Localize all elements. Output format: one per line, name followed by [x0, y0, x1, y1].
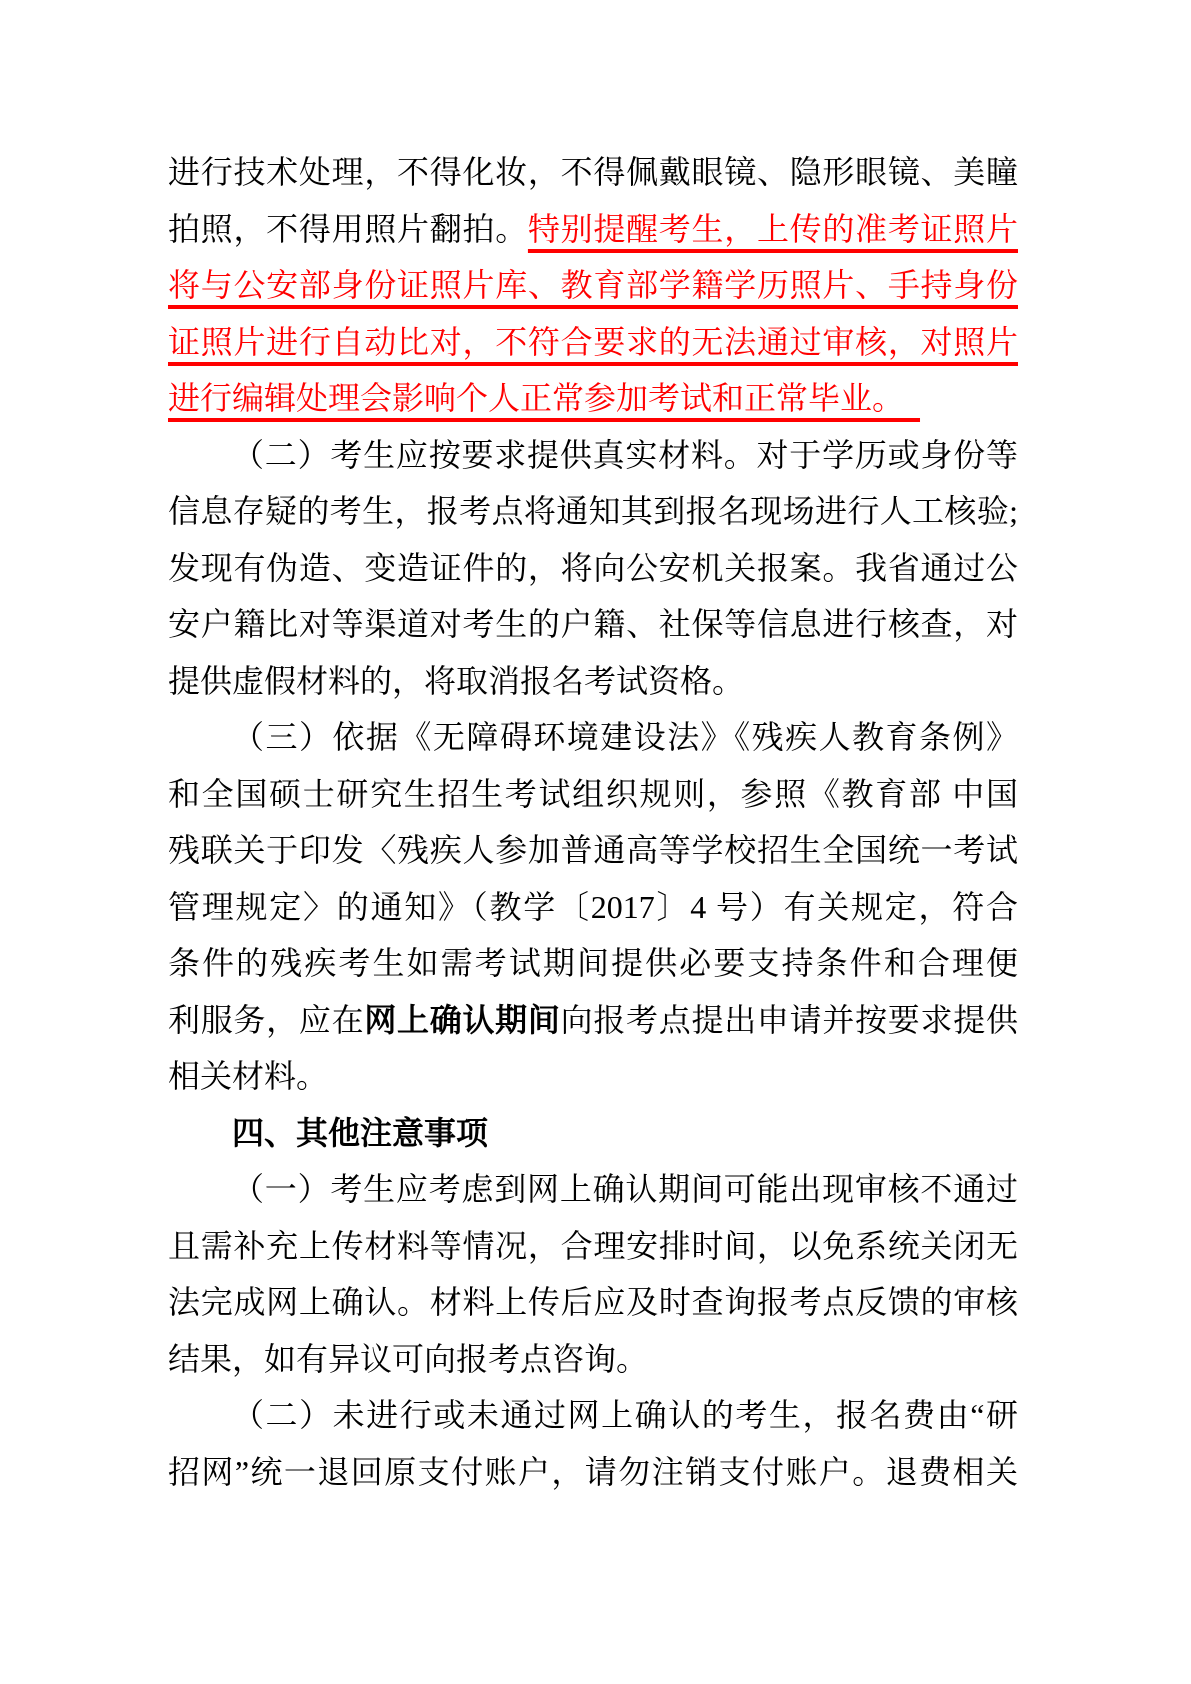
para-2-line1-seg-normal: （二）考生应按要求提供真实材料。对于学历或身份等 — [232, 437, 1018, 473]
para-4-1-line1-seg-normal: （一）考生应考虑到网上确认期间可能出现审核不通过 — [232, 1171, 1018, 1207]
para-3-line6-seg-normal: 向报考点提出申请并按要求提供 — [561, 1002, 1018, 1038]
section-heading-4: 四、其他注意事项 — [168, 1105, 1018, 1162]
para-2-line3-seg-normal: 发现有伪造、变造证件的，将向公安机关报案。我省通过公 — [168, 550, 1018, 586]
para-3-line7: 相关材料。 — [168, 1048, 1018, 1105]
red-warning-line2-seg-red: 将与公安部身份证照片库、教育部学籍学历照片、手持身份 — [168, 267, 1018, 303]
para-3-line6-seg-bold: 网上确认期间 — [364, 1002, 560, 1038]
para-3-line2-seg-normal: 和全国硕士研究生招生考试组织规则，参照《教育部 中国 — [168, 776, 1018, 812]
para-4-1-line2: 且需补充上传材料等情况，合理安排时间，以免系统关闭无 — [168, 1218, 1018, 1275]
para-3-line1-seg-normal: （三）依据《无障碍环境建设法》《残疾人教育条例》 — [232, 719, 1018, 755]
para-4-1-line3: 法完成网上确认。材料上传后应及时查询报考点反馈的审核 — [168, 1274, 1018, 1331]
para-2-line1: （二）考生应按要求提供真实材料。对于学历或身份等 — [168, 427, 1018, 484]
para-3-line2: 和全国硕士研究生招生考试组织规则，参照《教育部 中国 — [168, 766, 1018, 823]
para-4-1-line4-seg-normal: 结果，如有异议可向报考点咨询。 — [168, 1341, 648, 1377]
para-photo-rules-cont-line1: 进行技术处理，不得化妆，不得佩戴眼镜、隐形眼镜、美瞳 — [168, 144, 1018, 201]
para-2-line4: 安户籍比对等渠道对考生的户籍、社保等信息进行核查，对 — [168, 596, 1018, 653]
para-2-line2-seg-normal: 信息存疑的考生，报考点将通知其到报名现场进行人工核验; — [168, 493, 1018, 529]
para-photo-rules-cont-line1-seg-normal: 进行技术处理，不得化妆，不得佩戴眼镜、隐形眼镜、美瞳 — [168, 154, 1018, 190]
para-2-line5: 提供虚假材料的，将取消报名考试资格。 — [168, 653, 1018, 710]
para-2-line4-seg-normal: 安户籍比对等渠道对考生的户籍、社保等信息进行核查，对 — [168, 606, 1018, 642]
para-3-line3-seg-normal: 残联关于印发〈残疾人参加普通高等学校招生全国统一考试 — [168, 832, 1018, 868]
red-warning-line4-seg-red: 进行编辑处理会影响个人正常参加考试和正常毕业。 — [168, 380, 920, 416]
para-3-line1: （三）依据《无障碍环境建设法》《残疾人教育条例》 — [168, 709, 1018, 766]
para-4-1-line1: （一）考生应考虑到网上确认期间可能出现审核不通过 — [168, 1161, 1018, 1218]
red-warning-line4: 进行编辑处理会影响个人正常参加考试和正常毕业。 — [168, 370, 1018, 427]
para-4-2-line1: （二）未进行或未通过网上确认的考生，报名费由“研 — [168, 1387, 1018, 1444]
para-4-1-line3-seg-normal: 法完成网上确认。材料上传后应及时查询报考点反馈的审核 — [168, 1284, 1018, 1320]
para-2-line3: 发现有伪造、变造证件的，将向公安机关报案。我省通过公 — [168, 540, 1018, 597]
para-2-line5-seg-normal: 提供虚假材料的，将取消报名考试资格。 — [168, 663, 744, 699]
para-3-line6: 利服务，应在网上确认期间向报考点提出申请并按要求提供 — [168, 992, 1018, 1049]
para-photo-rules-cont-line2-seg-normal: 拍照，不得用照片翻拍。 — [168, 211, 528, 247]
para-3-line5-seg-normal: 条件的残疾考生如需考试期间提供必要支持条件和合理便 — [168, 945, 1018, 981]
para-3-line5: 条件的残疾考生如需考试期间提供必要支持条件和合理便 — [168, 935, 1018, 992]
para-3-line4: 管理规定〉的通知》（教学〔2017〕4 号）有关规定，符合 — [168, 879, 1018, 936]
para-3-line6-seg-normal: 利服务，应在 — [168, 1002, 364, 1038]
para-2-line2: 信息存疑的考生，报考点将通知其到报名现场进行人工核验; — [168, 483, 1018, 540]
para-4-2-line2-seg-normal: 招网”统一退回原支付账户，请勿注销支付账户。退费相关 — [168, 1454, 1018, 1490]
text-content: 进行技术处理，不得化妆，不得佩戴眼镜、隐形眼镜、美瞳拍照，不得用照片翻拍。特别提… — [168, 144, 1018, 1500]
para-3-line3: 残联关于印发〈残疾人参加普通高等学校招生全国统一考试 — [168, 822, 1018, 879]
para-4-1-line4: 结果，如有异议可向报考点咨询。 — [168, 1331, 1018, 1388]
document-page: 进行技术处理，不得化妆，不得佩戴眼镜、隐形眼镜、美瞳拍照，不得用照片翻拍。特别提… — [0, 0, 1191, 1684]
para-3-line7-seg-normal: 相关材料。 — [168, 1058, 328, 1094]
red-warning-line2: 将与公安部身份证照片库、教育部学籍学历照片、手持身份 — [168, 257, 1018, 314]
red-warning-line3-seg-red: 证照片进行自动比对，不符合要求的无法通过审核，对照片 — [168, 324, 1018, 360]
para-4-2-line1-seg-normal: （二）未进行或未通过网上确认的考生，报名费由“研 — [232, 1397, 1018, 1433]
para-photo-rules-cont-line2: 拍照，不得用照片翻拍。特别提醒考生，上传的准考证照片 — [168, 201, 1018, 258]
para-4-2-line2: 招网”统一退回原支付账户，请勿注销支付账户。退费相关 — [168, 1444, 1018, 1501]
red-warning-line3: 证照片进行自动比对，不符合要求的无法通过审核，对照片 — [168, 314, 1018, 371]
para-photo-rules-cont-line2-seg-red: 特别提醒考生，上传的准考证照片 — [528, 211, 1018, 247]
para-3-line4-seg-normal: 管理规定〉的通知》（教学〔2017〕4 号）有关规定，符合 — [168, 889, 1018, 925]
para-4-1-line2-seg-normal: 且需补充上传材料等情况，合理安排时间，以免系统关闭无 — [168, 1228, 1018, 1264]
section-heading-4-seg-bold: 四、其他注意事项 — [232, 1115, 488, 1151]
